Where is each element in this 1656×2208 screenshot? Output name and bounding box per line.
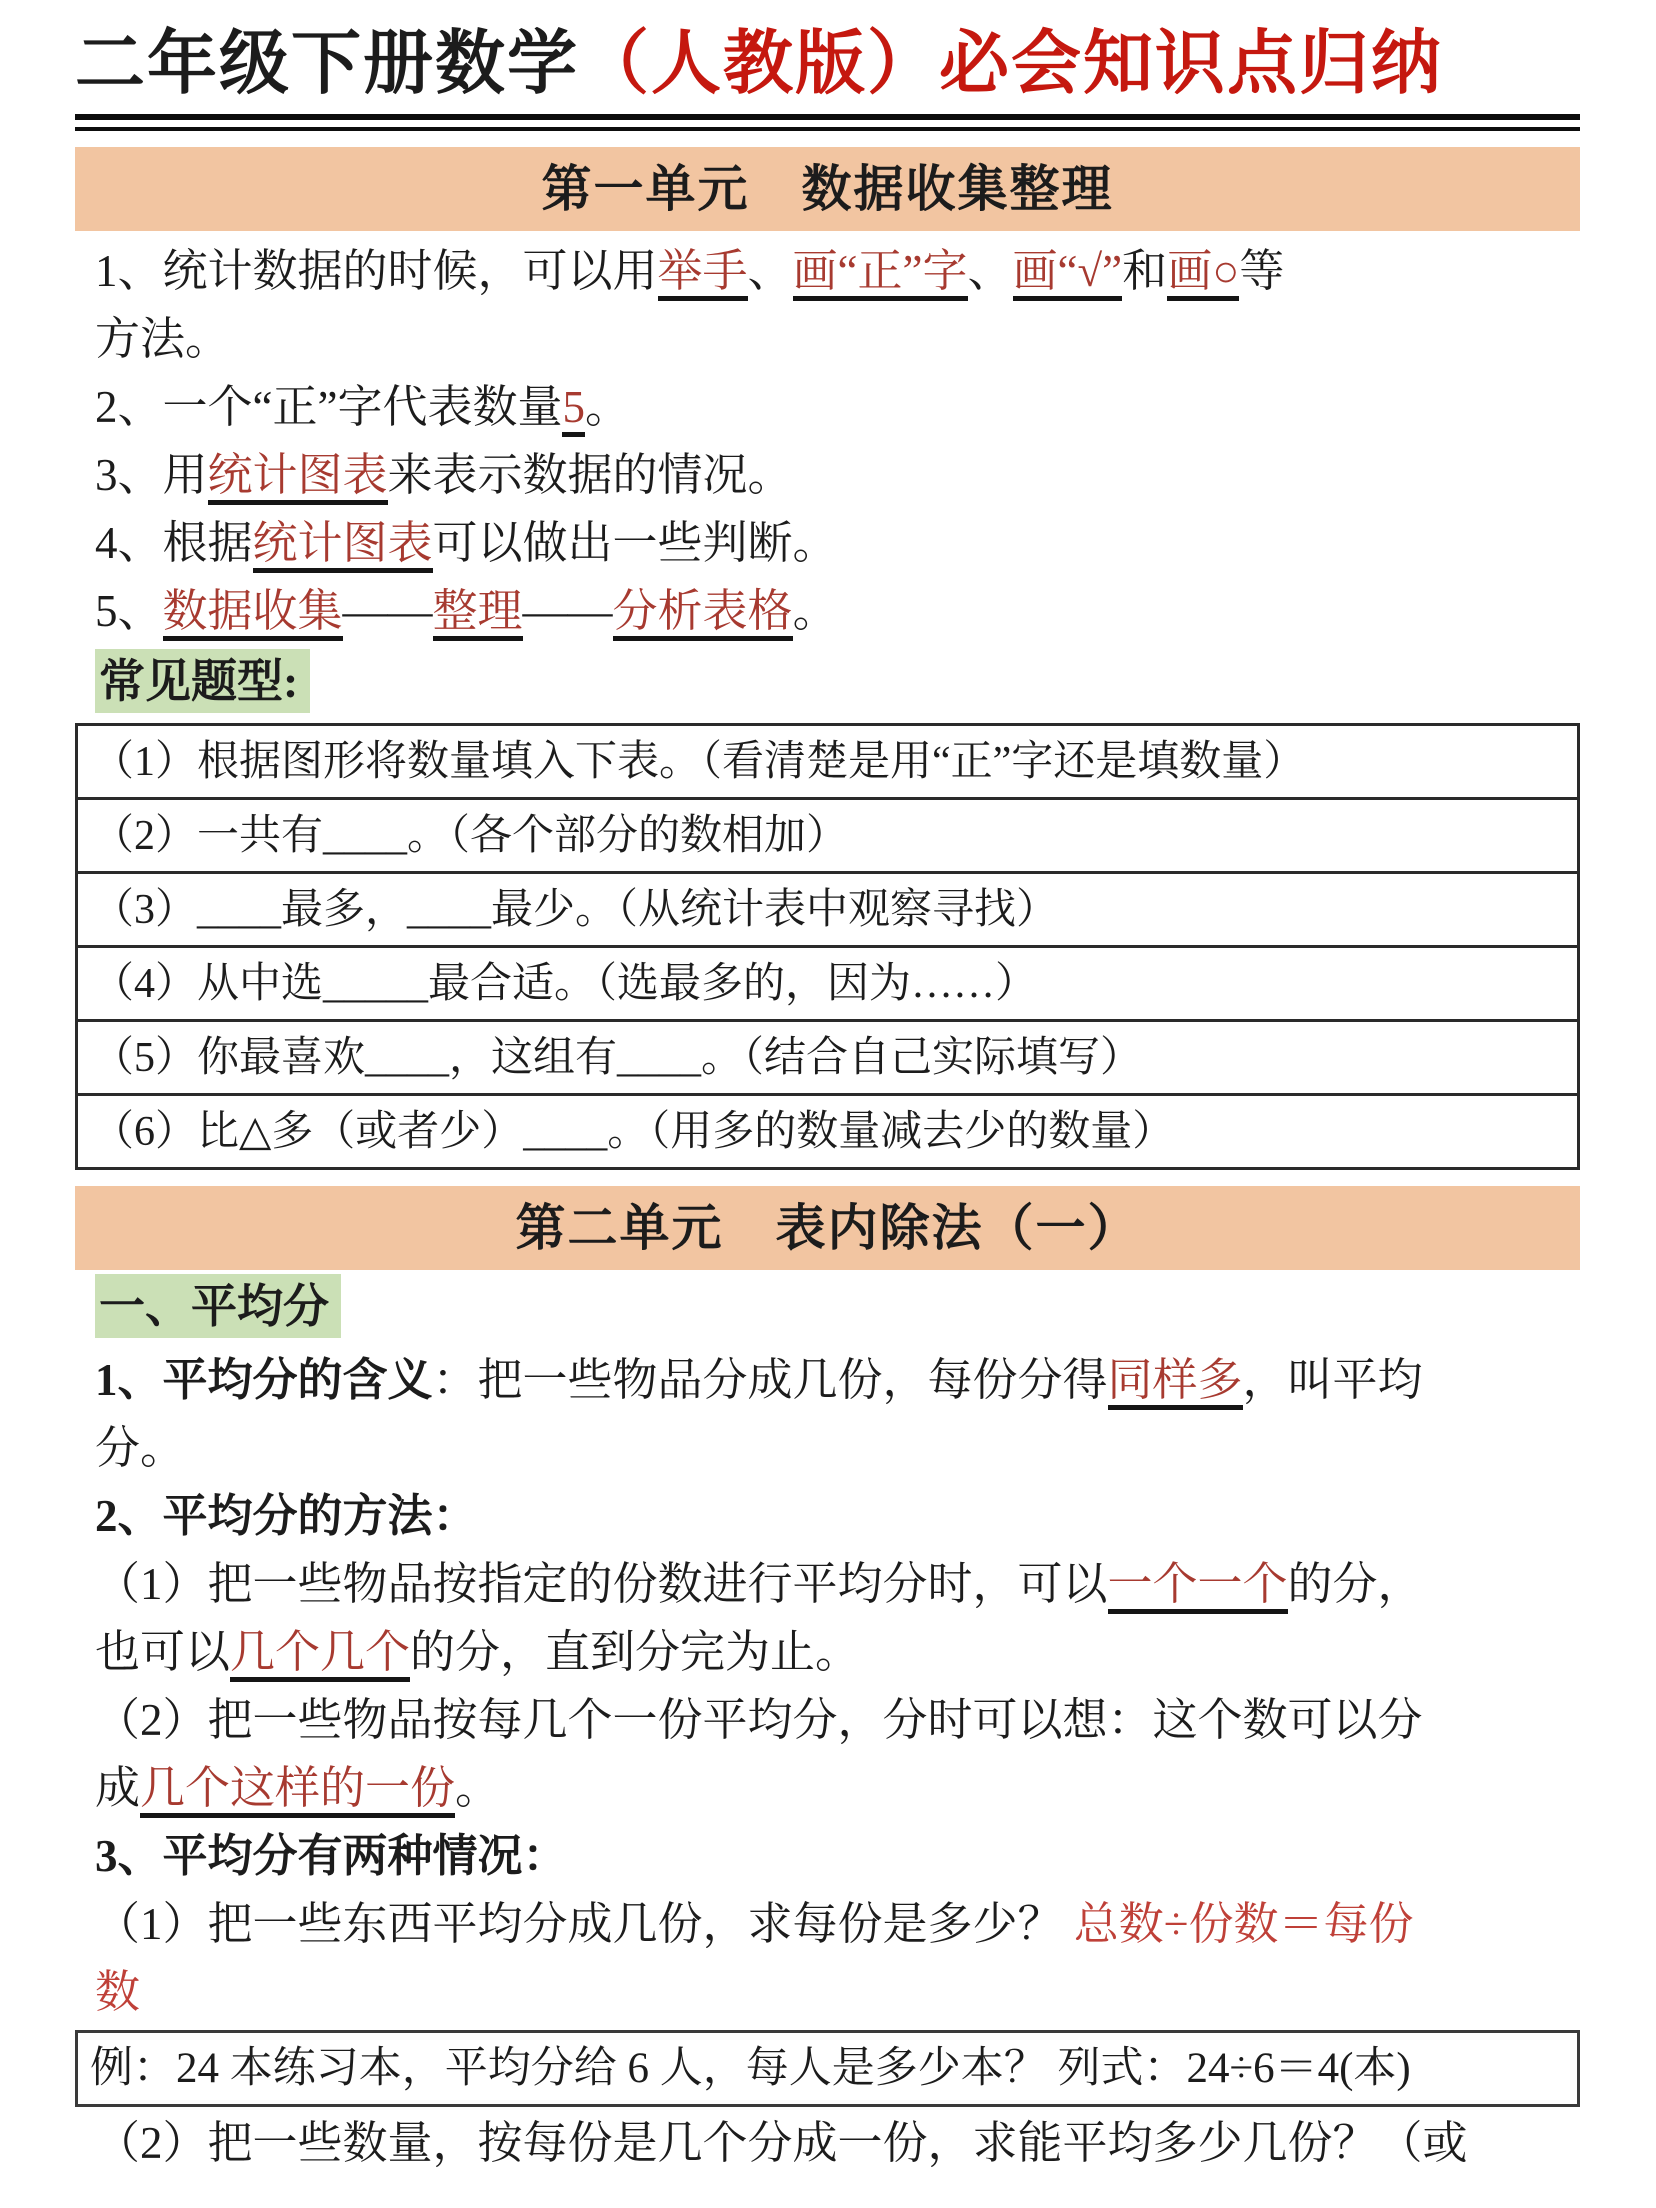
knowledge-point-4: 4、根据统计图表可以做出一些判断。 (95, 509, 1580, 577)
knowledge-point-5: 5、数据收集——整理——分析表格。 (95, 577, 1580, 645)
question-row-3: （3）____最多，____最少。（从统计表中观察寻找） (78, 874, 1577, 948)
avg-method-2: （2）把一些物品按每几个一份平均分，分时可以想：这个数可以分成几个这样的一份。 (95, 1686, 1580, 1822)
question-row-6: （6）比△多（或者少）____。（用多的数量减去少的数量） (78, 1096, 1577, 1167)
page-content: 二年级下册数学（人教版）必会知识点归纳 第一单元 数据收集整理 1、统计数据的时… (0, 0, 1656, 2177)
knowledge-point-1: 1、统计数据的时候，可以用举手、画“正”字、画“√”和画○等方法。 (95, 237, 1580, 373)
avg-cases-heading: 3、平均分有两种情况： (95, 1822, 1580, 1890)
avg-meaning-paragraph: 1、平均分的含义：把一些物品分成几份，每份分得同样多，叫平均分。 (95, 1346, 1580, 1482)
section1-header: 第一单元 数据收集整理 (75, 147, 1580, 231)
question-types-table: （1）根据图形将数量填入下表。（看清楚是用“正”字还是填数量） （2）一共有__… (75, 723, 1580, 1170)
avg-case-2: （2）把一些数量，按每份是几个分成一份，求能平均多少几份？（或 (95, 2109, 1580, 2177)
section1-body: 1、统计数据的时候，可以用举手、画“正”字、画“√”和画○等方法。 2、一个“正… (75, 231, 1580, 645)
avg-method-heading: 2、平均分的方法： (95, 1482, 1580, 1550)
worksheet-page: 二年级下册数学（人教版）必会知识点归纳 第一单元 数据收集整理 1、统计数据的时… (0, 0, 1656, 2208)
section2-body: 1、平均分的含义：把一些物品分成几份，每份分得同样多，叫平均分。 2、平均分的方… (75, 1340, 1580, 2177)
example-box: 例：24 本练习本，平均分给 6 人，每人是多少本？ 列式：24÷6＝4(本) (75, 2030, 1580, 2107)
title-divider (75, 114, 1580, 131)
avg-method-1: （1）把一些物品按指定的份数进行平均分时，可以一个一个的分，也可以几个几个的分，… (95, 1550, 1580, 1686)
question-row-1: （1）根据图形将数量填入下表。（看清楚是用“正”字还是填数量） (78, 726, 1577, 800)
average-division-row: 一、平均分 (95, 1272, 1580, 1340)
question-row-5: （5）你最喜欢____，这组有____。（结合自己实际填写） (78, 1022, 1577, 1096)
section2-header: 第二单元 表内除法（一） (75, 1186, 1580, 1270)
question-row-2: （2）一共有____。（各个部分的数相加） (78, 800, 1577, 874)
average-division-label: 一、平均分 (95, 1274, 341, 1338)
doc-title: 二年级下册数学（人教版）必会知识点归纳 (75, 26, 1580, 104)
common-types-label: 常见题型: (95, 649, 310, 713)
knowledge-point-2: 2、一个“正”字代表数量5。 (95, 373, 1580, 441)
knowledge-point-3: 3、用统计图表来表示数据的情况。 (95, 441, 1580, 509)
avg-case-1: （1）把一些东西平均分成几份，求每份是多少？ 总数÷份数＝每份数 (95, 1890, 1580, 2026)
question-row-4: （4）从中选_____最合适。（选最多的，因为……） (78, 948, 1577, 1022)
common-types-row: 常见题型: (95, 647, 1580, 715)
